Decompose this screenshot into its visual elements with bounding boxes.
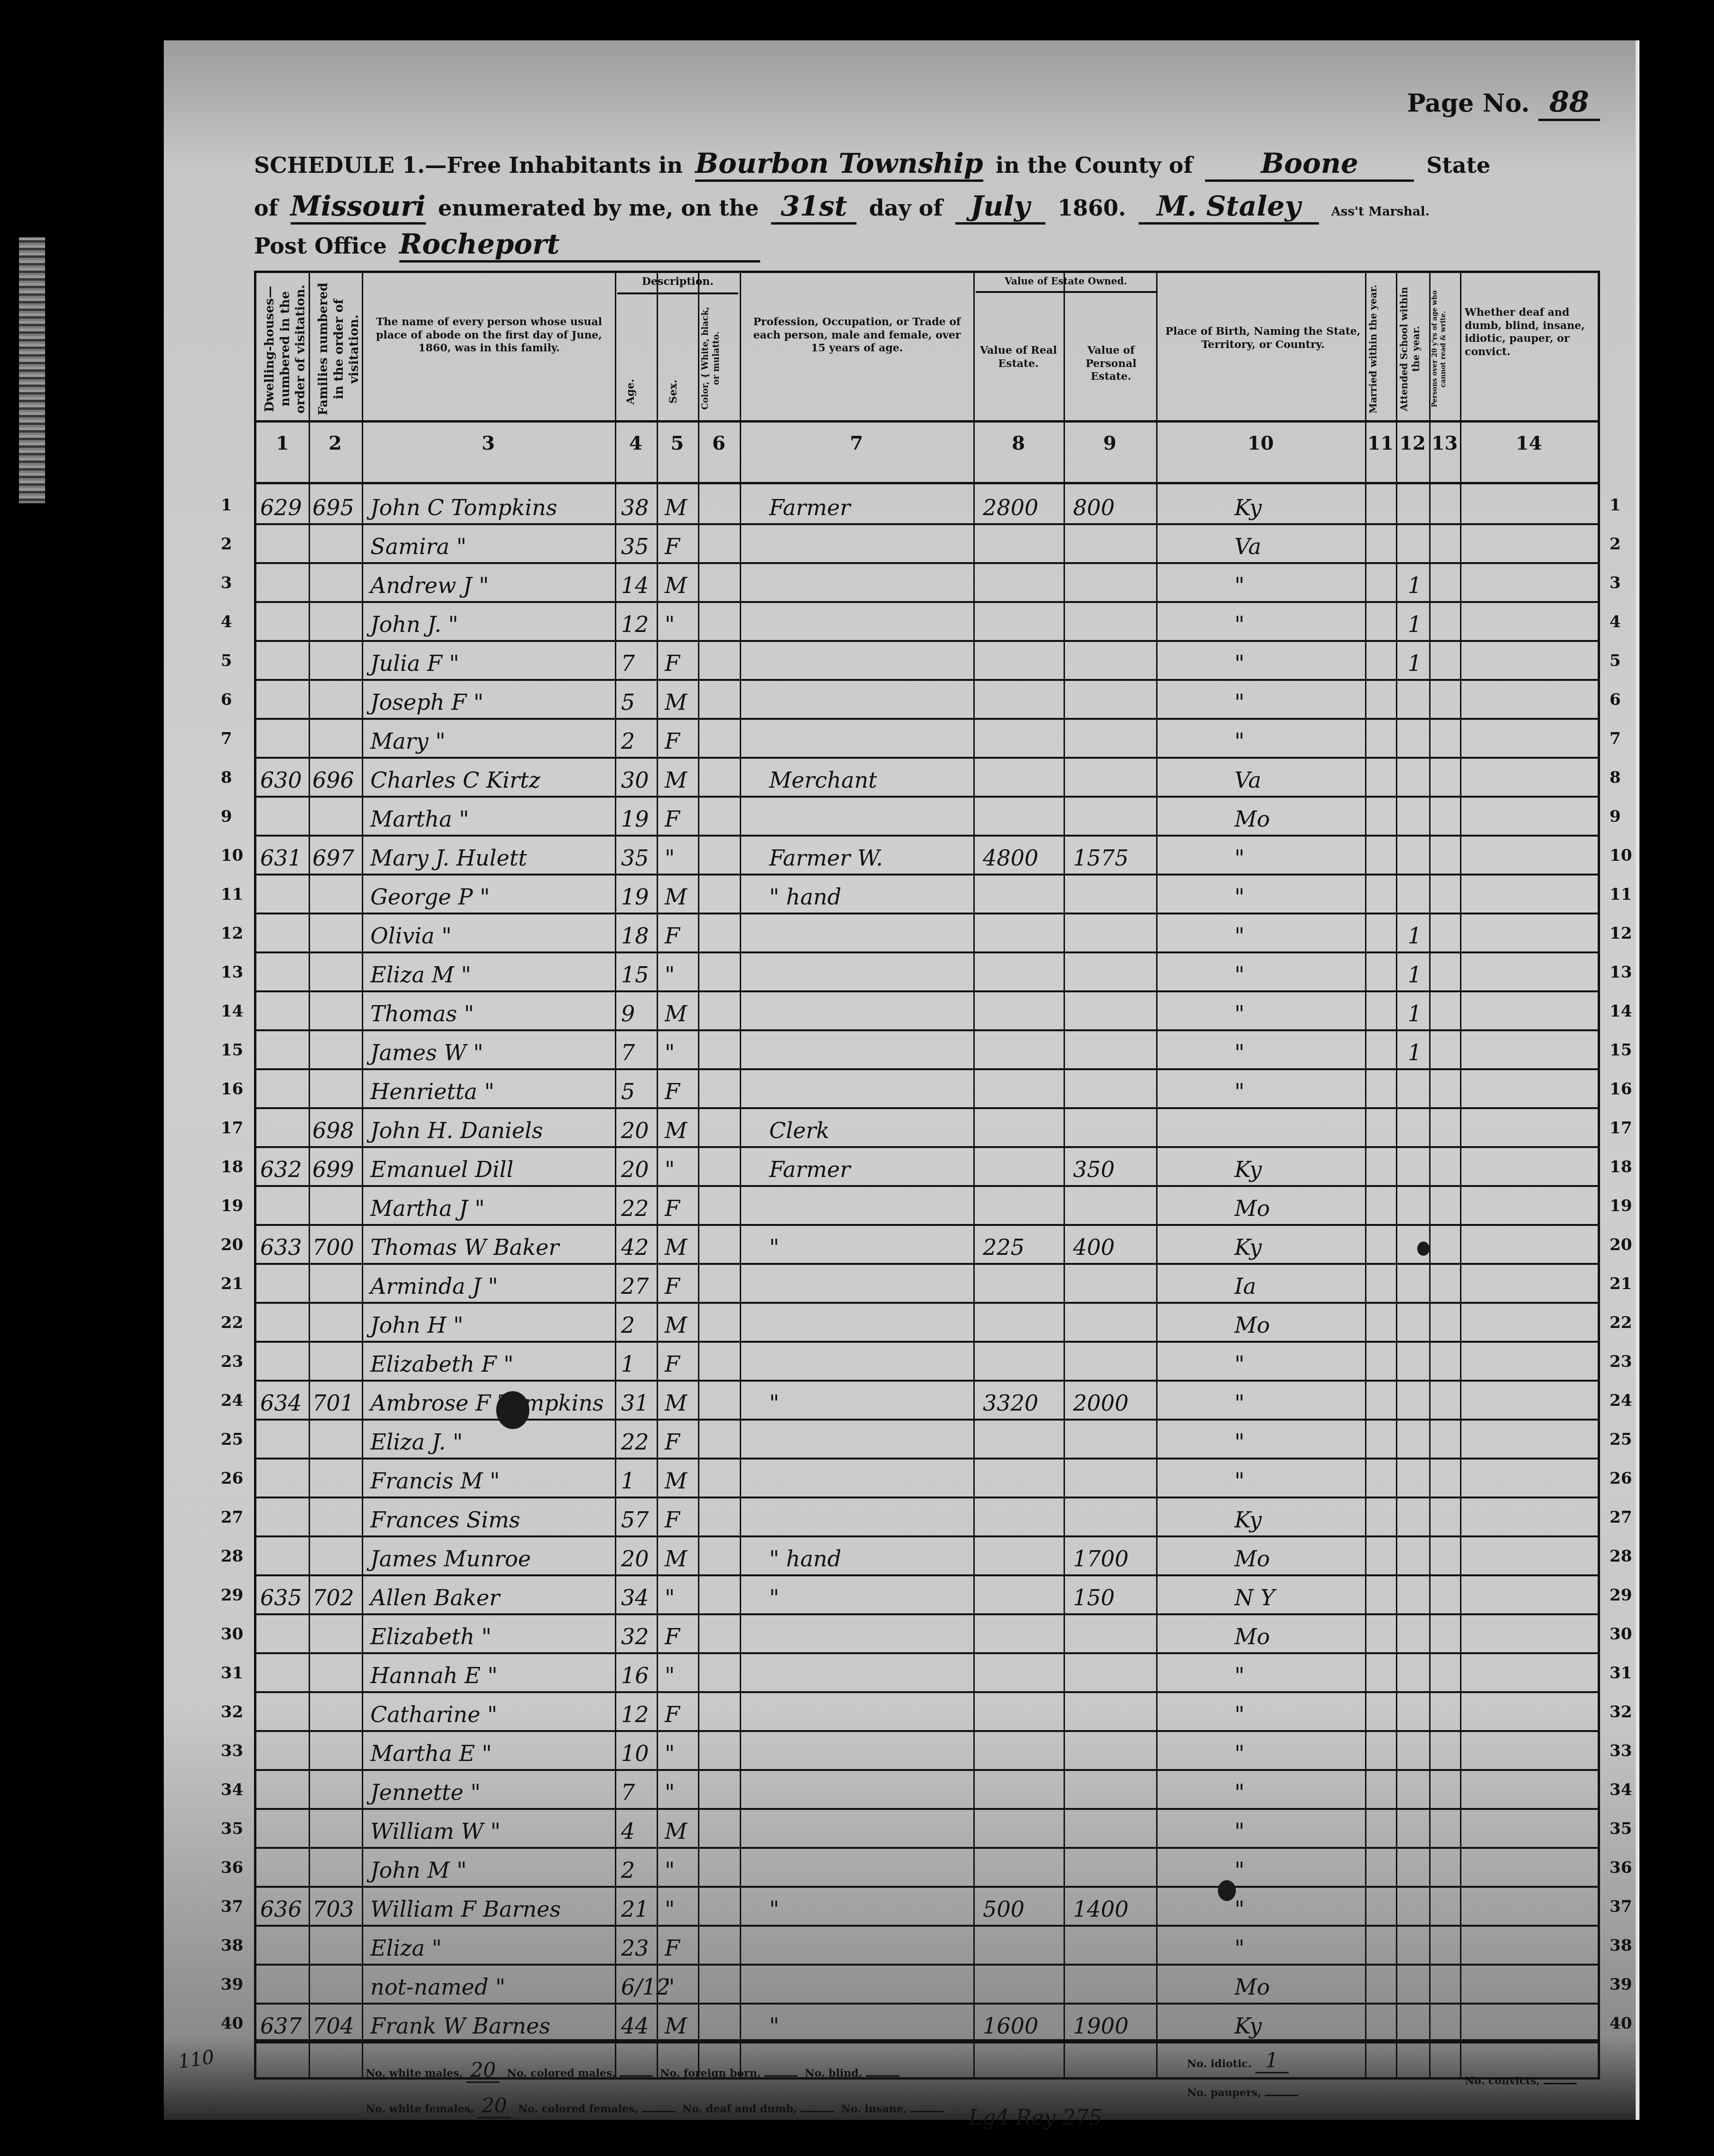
birthplace-cell: "	[1234, 1351, 1244, 1377]
table-row: 4040637704Frank W Barnes44M"16001900Ky	[256, 2003, 1598, 2043]
table-row: 22Samira "35FVa	[256, 523, 1598, 564]
sex-cell: "	[665, 962, 675, 988]
line-number-left: 39	[221, 1975, 243, 1994]
line-number-right: 18	[1610, 1158, 1632, 1177]
family-cell: 696	[312, 767, 354, 793]
age-cell: 5	[621, 1079, 635, 1104]
line-number-left: 9	[221, 807, 232, 826]
sex-cell: M	[665, 1312, 687, 1338]
line-number-right: 36	[1610, 1858, 1632, 1877]
col-header-disability: Whether deaf and dumb, blind, insane, id…	[1465, 306, 1593, 358]
line-number-right: 2	[1610, 535, 1621, 554]
school-cell: 1	[1408, 612, 1422, 637]
line-number-right: 21	[1610, 1274, 1632, 1293]
col-header-occupation: Profession, Occupation, or Trade of each…	[745, 316, 969, 355]
birthplace-cell: "	[1234, 1079, 1244, 1104]
summary-line-2: No. white females, 20 No. colored female…	[366, 2094, 944, 2118]
personal-estate-cell: 2000	[1073, 1390, 1129, 1416]
sex-cell: M	[665, 1118, 687, 1143]
line-number-left: 23	[221, 1352, 243, 1371]
film-edge-artifact	[19, 237, 45, 503]
line-number-left: 7	[221, 729, 232, 748]
personal-estate-cell: 400	[1073, 1234, 1115, 1260]
dwelling-cell: 636	[260, 1896, 302, 1922]
colored-females-label: No. colored females,	[518, 2103, 638, 2115]
sex-cell: M	[665, 1468, 687, 1494]
dwelling-cell: 635	[260, 1585, 302, 1610]
line-number-left: 26	[221, 1469, 243, 1488]
age-cell: 14	[621, 573, 649, 598]
age-cell: 20	[621, 1546, 649, 1572]
age-cell: 1	[621, 1351, 635, 1377]
line-number-right: 5	[1610, 651, 1621, 670]
birthplace-cell: "	[1234, 1935, 1244, 1961]
family-cell: 698	[312, 1118, 354, 1143]
sex-cell: F	[665, 650, 680, 676]
colored-males-label: No. colored males,	[507, 2067, 616, 2080]
sex-cell: "	[665, 1663, 675, 1688]
page-number: Page No. 88	[1407, 85, 1600, 121]
line-number-left: 33	[221, 1742, 243, 1761]
birthplace-cell: "	[1234, 1741, 1244, 1766]
table-row: 66Joseph F "5M"	[256, 679, 1598, 720]
age-cell: 22	[621, 1429, 649, 1455]
sex-cell: M	[665, 1390, 687, 1416]
line-number-right: 34	[1610, 1780, 1632, 1799]
line-number-left: 4	[221, 612, 232, 631]
table-row: 3030Elizabeth "32FMo	[256, 1613, 1598, 1654]
sex-cell: F	[665, 1351, 680, 1377]
blind-label: No. blind,	[805, 2067, 862, 2080]
sex-cell: "	[665, 1157, 675, 1182]
sex-cell: "	[665, 1779, 675, 1805]
census-page: Page No. 88 SCHEDULE 1.—Free Inhabitants…	[164, 40, 1638, 2120]
family-cell: 701	[312, 1390, 354, 1416]
col-number: 13	[1429, 432, 1460, 454]
birthplace-cell: Mo	[1234, 1974, 1270, 2000]
table-row: 88630696Charles C Kirtz30MMerchantVa	[256, 757, 1598, 798]
table-row: 2929635702Allen Baker34""150N Y	[256, 1574, 1598, 1615]
col-header-illiterate: Persons over 20 y'rs of age who cannot r…	[1431, 282, 1459, 415]
table-row: 2020633700Thomas W Baker42M"225400Ky	[256, 1224, 1598, 1265]
family-cell: 700	[312, 1234, 354, 1260]
line-number-right: 28	[1610, 1547, 1632, 1566]
name-cell: Henrietta "	[370, 1079, 494, 1104]
group-header-value-estate: Value of Estate Owned.	[976, 275, 1156, 293]
occupation-cell: Farmer	[769, 495, 850, 520]
sex-cell: F	[665, 923, 680, 949]
col-header-dwelling: Dwelling-houses— numbered in the order o…	[262, 282, 305, 415]
birthplace-cell: "	[1234, 1779, 1244, 1805]
age-cell: 19	[621, 884, 649, 910]
name-cell: Martha E "	[370, 1741, 492, 1766]
convicts-value	[1544, 2083, 1577, 2084]
table-row: 2828James Munroe20M" hand1700Mo	[256, 1535, 1598, 1576]
line-number-right: 38	[1610, 1936, 1632, 1955]
line-number-right: 12	[1610, 924, 1632, 943]
schedule-title: SCHEDULE 1.—Free Inhabitants in	[254, 152, 683, 178]
school-cell: 1	[1408, 573, 1422, 598]
line-number-left: 38	[221, 1936, 243, 1955]
birthplace-cell: Ky	[1234, 2013, 1262, 2039]
col-header-family: Families numbered in the order of visita…	[316, 282, 358, 415]
sex-cell: F	[665, 1273, 680, 1299]
sex-cell: F	[665, 1624, 680, 1649]
county-label: in the County of	[996, 152, 1193, 178]
name-cell: James W "	[370, 1040, 483, 1065]
table-row: 99Martha "19FMo	[256, 796, 1598, 837]
age-cell: 12	[621, 1702, 649, 1727]
film-annotation: Lg4 Rey 275	[969, 2106, 1102, 2130]
personal-estate-cell: 350	[1073, 1157, 1115, 1182]
line-number-right: 7	[1610, 729, 1621, 748]
table-row: 77Mary "2F"	[256, 718, 1598, 759]
personal-estate-cell: 800	[1073, 495, 1115, 520]
sex-cell: F	[665, 1196, 680, 1221]
group-header-description: Description.	[617, 275, 738, 294]
sex-cell: M	[665, 573, 687, 598]
header-rule	[256, 420, 1598, 423]
line-number-right: 37	[1610, 1897, 1632, 1916]
table-row: 33Andrew J "14M"1	[256, 562, 1598, 603]
col-number: 11	[1365, 432, 1396, 454]
name-cell: Frances Sims	[370, 1507, 520, 1533]
age-cell: 20	[621, 1157, 649, 1182]
sex-cell: "	[665, 1974, 675, 2000]
occupation-cell: " hand	[769, 1546, 841, 1572]
birthplace-cell: Va	[1234, 534, 1261, 559]
name-cell: Mary "	[370, 728, 445, 754]
schedule-title-line: SCHEDULE 1.—Free Inhabitants in Bourbon …	[254, 147, 1490, 182]
line-number-right: 19	[1610, 1196, 1632, 1215]
ink-blot	[496, 1391, 529, 1429]
name-cell: Elizabeth "	[370, 1624, 491, 1649]
age-cell: 6/12	[621, 1974, 670, 2000]
sex-cell: F	[665, 806, 680, 832]
name-cell: Hannah E "	[370, 1663, 498, 1688]
age-cell: 10	[621, 1741, 649, 1766]
age-cell: 57	[621, 1507, 649, 1533]
deaf-dumb-label: No. deaf and dumb,	[682, 2103, 797, 2115]
name-cell: John J. "	[370, 612, 458, 637]
age-cell: 9	[621, 1001, 635, 1026]
dwelling-cell: 633	[260, 1234, 302, 1260]
white-females-label: No. white females,	[366, 2103, 474, 2115]
name-cell: Andrew J "	[370, 573, 489, 598]
colored-females-value	[642, 2111, 675, 2112]
birthplace-cell: "	[1234, 650, 1244, 676]
sex-cell: F	[665, 1079, 680, 1104]
birthplace-cell: "	[1234, 1429, 1244, 1455]
convicts-summary: No. convicts,	[1465, 2075, 1577, 2087]
table-row: 55Julia F "7F"1	[256, 640, 1598, 681]
sex-cell: M	[665, 1546, 687, 1572]
table-row: 2222John H "2MMo	[256, 1302, 1598, 1343]
line-number-left: 25	[221, 1430, 243, 1449]
line-number-left: 31	[221, 1664, 243, 1683]
line-number-right: 16	[1610, 1080, 1632, 1099]
foreign-born-label: No. foreign born,	[660, 2067, 761, 2080]
township-field: Bourbon Township	[695, 147, 983, 182]
ink-blot	[1218, 1880, 1236, 1901]
table-row: 3939not-named "6/12"Mo	[256, 1964, 1598, 2005]
white-females-value: 20	[478, 2094, 511, 2118]
table-row: 1515James W "7""1	[256, 1029, 1598, 1070]
birthplace-cell: "	[1234, 962, 1244, 988]
line-number-left: 36	[221, 1858, 243, 1877]
month-field: July	[955, 190, 1045, 225]
birthplace-cell: Ky	[1234, 1157, 1262, 1182]
dwelling-cell: 637	[260, 2013, 302, 2039]
name-cell: Arminda J "	[370, 1273, 498, 1299]
name-cell: Martha J "	[370, 1196, 485, 1221]
foreign-born-value	[764, 2075, 798, 2077]
age-cell: 30	[621, 767, 649, 793]
school-cell: 1	[1408, 1040, 1422, 1065]
county-field: Boone	[1205, 147, 1414, 182]
table-row: 1010631697Mary J. Hulett35"Farmer W.4800…	[256, 835, 1598, 876]
table-row: 2727Frances Sims57FKy	[256, 1497, 1598, 1537]
birthplace-cell: "	[1234, 728, 1244, 754]
sex-cell: F	[665, 1507, 680, 1533]
birthplace-cell: "	[1234, 689, 1244, 715]
birthplace-cell: "	[1234, 573, 1244, 598]
age-cell: 18	[621, 923, 649, 949]
birthplace-cell: "	[1234, 1896, 1244, 1922]
occupation-cell: "	[769, 1234, 779, 1260]
birthplace-cell: Mo	[1234, 1196, 1270, 1221]
name-cell: Charles C Kirtz	[370, 767, 540, 793]
sex-cell: M	[665, 1001, 687, 1026]
convicts-label: No. convicts,	[1465, 2075, 1540, 2087]
sex-cell: F	[665, 534, 680, 559]
age-cell: 1	[621, 1468, 635, 1494]
line-number-left: 18	[221, 1158, 243, 1177]
line-number-left: 28	[221, 1547, 243, 1566]
line-number-left: 21	[221, 1274, 243, 1293]
col-number: 8	[973, 432, 1064, 454]
idiotic-summary: No. idiotic. 1	[1187, 2049, 1289, 2073]
sex-cell: M	[665, 689, 687, 715]
table-row: 1313Eliza M "15""1	[256, 951, 1598, 992]
line-number-left: 17	[221, 1119, 243, 1138]
post-office-label: Post Office	[254, 233, 387, 259]
col-header-real-estate: Value of Real Estate.	[978, 344, 1059, 370]
name-cell: Francis M "	[370, 1468, 500, 1494]
col-number: 14	[1460, 432, 1598, 454]
line-number-right: 20	[1610, 1235, 1632, 1254]
enumeration-line: of Missouri enumerated by me, on the 31s…	[254, 190, 1430, 225]
sex-cell: F	[665, 1429, 680, 1455]
col-number: 5	[657, 432, 698, 454]
marshal-label: Ass't Marshal.	[1331, 205, 1430, 219]
real-estate-cell: 500	[983, 1896, 1025, 1922]
age-cell: 35	[621, 845, 649, 871]
col-number: 10	[1156, 432, 1365, 454]
sex-cell: "	[665, 1585, 675, 1610]
family-cell: 699	[312, 1157, 354, 1182]
line-number-left: 10	[221, 846, 243, 865]
insane-label: No. insane,	[841, 2103, 907, 2115]
line-number-left: 3	[221, 574, 232, 593]
post-office-line: Post Office Rocheport	[254, 228, 765, 263]
table-row: 3232Catharine "12F"	[256, 1691, 1598, 1732]
birthplace-cell: Mo	[1234, 806, 1270, 832]
age-cell: 5	[621, 689, 635, 715]
insane-value	[911, 2111, 944, 2112]
marshal-field: M. Staley	[1139, 190, 1319, 225]
name-cell: not-named "	[370, 1974, 505, 2000]
line-number-right: 13	[1610, 963, 1632, 982]
family-cell: 704	[312, 2013, 354, 2039]
age-cell: 2	[621, 728, 635, 754]
line-number-right: 8	[1610, 768, 1621, 787]
name-cell: Eliza M "	[370, 962, 471, 988]
table-row: 2121Arminda J "27FIa	[256, 1263, 1598, 1304]
sex-cell: M	[665, 767, 687, 793]
occupation-cell: "	[769, 1390, 779, 1416]
birthplace-cell: "	[1234, 1001, 1244, 1026]
name-cell: Emanuel Dill	[370, 1157, 513, 1182]
col-header-school: Attended School within the year.	[1398, 282, 1428, 415]
line-number-right: 40	[1610, 2014, 1632, 2033]
col-number: 12	[1396, 432, 1429, 454]
table-row: 1212Olivia "18F"1	[256, 913, 1598, 953]
line-number-left: 24	[221, 1391, 243, 1410]
table-row: 3737636703William F Barnes21""5001400"	[256, 1886, 1598, 1927]
line-number-right: 33	[1610, 1742, 1632, 1761]
line-number-left: 20	[221, 1235, 243, 1254]
name-cell: Jennette "	[370, 1779, 480, 1805]
table-row: 2424634701Ambrose F Tompkins31M"33202000…	[256, 1380, 1598, 1421]
footer-rule	[256, 2039, 1598, 2043]
sex-cell: F	[665, 1702, 680, 1727]
sex-cell: M	[665, 1234, 687, 1260]
name-cell: George P "	[370, 884, 490, 910]
line-number-left: 16	[221, 1080, 243, 1099]
line-number-left: 8	[221, 768, 232, 787]
sex-cell: "	[665, 845, 675, 871]
white-males-label: No. white males,	[366, 2067, 463, 2080]
line-number-right: 25	[1610, 1430, 1632, 1449]
paupers-label: No. paupers,	[1187, 2087, 1261, 2099]
table-row: 1717698John H. Daniels20MClerk	[256, 1107, 1598, 1148]
age-cell: 32	[621, 1624, 649, 1649]
paupers-value	[1265, 2095, 1298, 2096]
name-cell: James Munroe	[370, 1546, 531, 1572]
line-number-left: 37	[221, 1897, 243, 1916]
birthplace-cell: "	[1234, 1663, 1244, 1688]
line-number-left: 15	[221, 1041, 243, 1060]
table-row: 3131Hannah E "16""	[256, 1652, 1598, 1693]
real-estate-cell: 1600	[983, 2013, 1038, 2039]
col-header-married: Married within the year.	[1367, 282, 1395, 415]
occupation-cell: Farmer	[769, 1157, 850, 1182]
line-number-right: 26	[1610, 1469, 1632, 1488]
line-number-right: 24	[1610, 1391, 1632, 1410]
birthplace-cell: Mo	[1234, 1546, 1270, 1572]
age-cell: 27	[621, 1273, 649, 1299]
of-label: of	[254, 195, 278, 221]
sex-cell: M	[665, 1818, 687, 1844]
birthplace-cell: "	[1234, 612, 1244, 637]
occupation-cell: " hand	[769, 884, 841, 910]
col-number: 3	[362, 432, 615, 454]
name-cell: John H. Daniels	[370, 1118, 543, 1143]
birthplace-cell: Mo	[1234, 1312, 1270, 1338]
real-estate-cell: 3320	[983, 1390, 1038, 1416]
line-number-right: 9	[1610, 807, 1621, 826]
birthplace-cell: "	[1234, 1468, 1244, 1494]
sex-cell: "	[665, 1741, 675, 1766]
sex-cell: M	[665, 884, 687, 910]
age-cell: 2	[621, 1857, 635, 1883]
sex-cell: "	[665, 1857, 675, 1883]
post-office-field: Rocheport	[399, 228, 760, 263]
age-cell: 38	[621, 495, 649, 520]
sex-cell: "	[665, 1896, 675, 1922]
line-number-left: 6	[221, 690, 232, 709]
real-estate-cell: 4800	[983, 845, 1038, 871]
name-cell: Thomas "	[370, 1001, 474, 1026]
line-number-right: 32	[1610, 1703, 1632, 1722]
line-number-right: 29	[1610, 1586, 1632, 1605]
age-cell: 7	[621, 1040, 635, 1065]
line-number-right: 27	[1610, 1508, 1632, 1527]
personal-estate-cell: 150	[1073, 1585, 1115, 1610]
birthplace-cell: Mo	[1234, 1624, 1270, 1649]
name-cell: Martha "	[370, 806, 469, 832]
line-number-left: 19	[221, 1196, 243, 1215]
day-of-label: day of	[869, 195, 942, 221]
blind-value	[866, 2075, 899, 2077]
age-cell: 4	[621, 1818, 635, 1844]
dwelling-cell: 630	[260, 767, 302, 793]
line-number-left: 29	[221, 1586, 243, 1605]
age-cell: 23	[621, 1935, 649, 1961]
school-cell: 1	[1408, 962, 1422, 988]
age-cell: 22	[621, 1196, 649, 1221]
school-cell: 1	[1408, 923, 1422, 949]
age-cell: 21	[621, 1896, 649, 1922]
name-cell: Elizabeth F "	[370, 1351, 514, 1377]
real-estate-cell: 225	[983, 1234, 1025, 1260]
name-cell: William W "	[370, 1818, 500, 1844]
occupation-cell: Clerk	[769, 1118, 829, 1143]
family-cell: 695	[312, 495, 354, 520]
name-cell: Allen Baker	[370, 1585, 499, 1610]
age-cell: 2	[621, 1312, 635, 1338]
name-cell: Samira "	[370, 534, 466, 559]
line-number-right: 39	[1610, 1975, 1632, 1994]
name-cell: Eliza J. "	[370, 1429, 463, 1455]
sex-cell: F	[665, 728, 680, 754]
page-number-value: 88	[1538, 85, 1600, 121]
sex-cell: "	[665, 1040, 675, 1065]
line-number-right: 10	[1610, 846, 1632, 865]
birthplace-cell: Ky	[1234, 1507, 1262, 1533]
birthplace-cell: Ky	[1234, 1234, 1262, 1260]
line-number-left: 5	[221, 651, 232, 670]
dwelling-cell: 631	[260, 845, 302, 871]
age-cell: 31	[621, 1390, 649, 1416]
table-row: 1414Thomas "9M"1	[256, 990, 1598, 1031]
line-number-right: 4	[1610, 612, 1621, 631]
col-header-sex: Sex.	[667, 368, 696, 415]
table-row: 3838Eliza "23F"	[256, 1925, 1598, 1966]
birthplace-cell: N Y	[1234, 1585, 1275, 1610]
col-header-age: Age.	[624, 368, 653, 415]
